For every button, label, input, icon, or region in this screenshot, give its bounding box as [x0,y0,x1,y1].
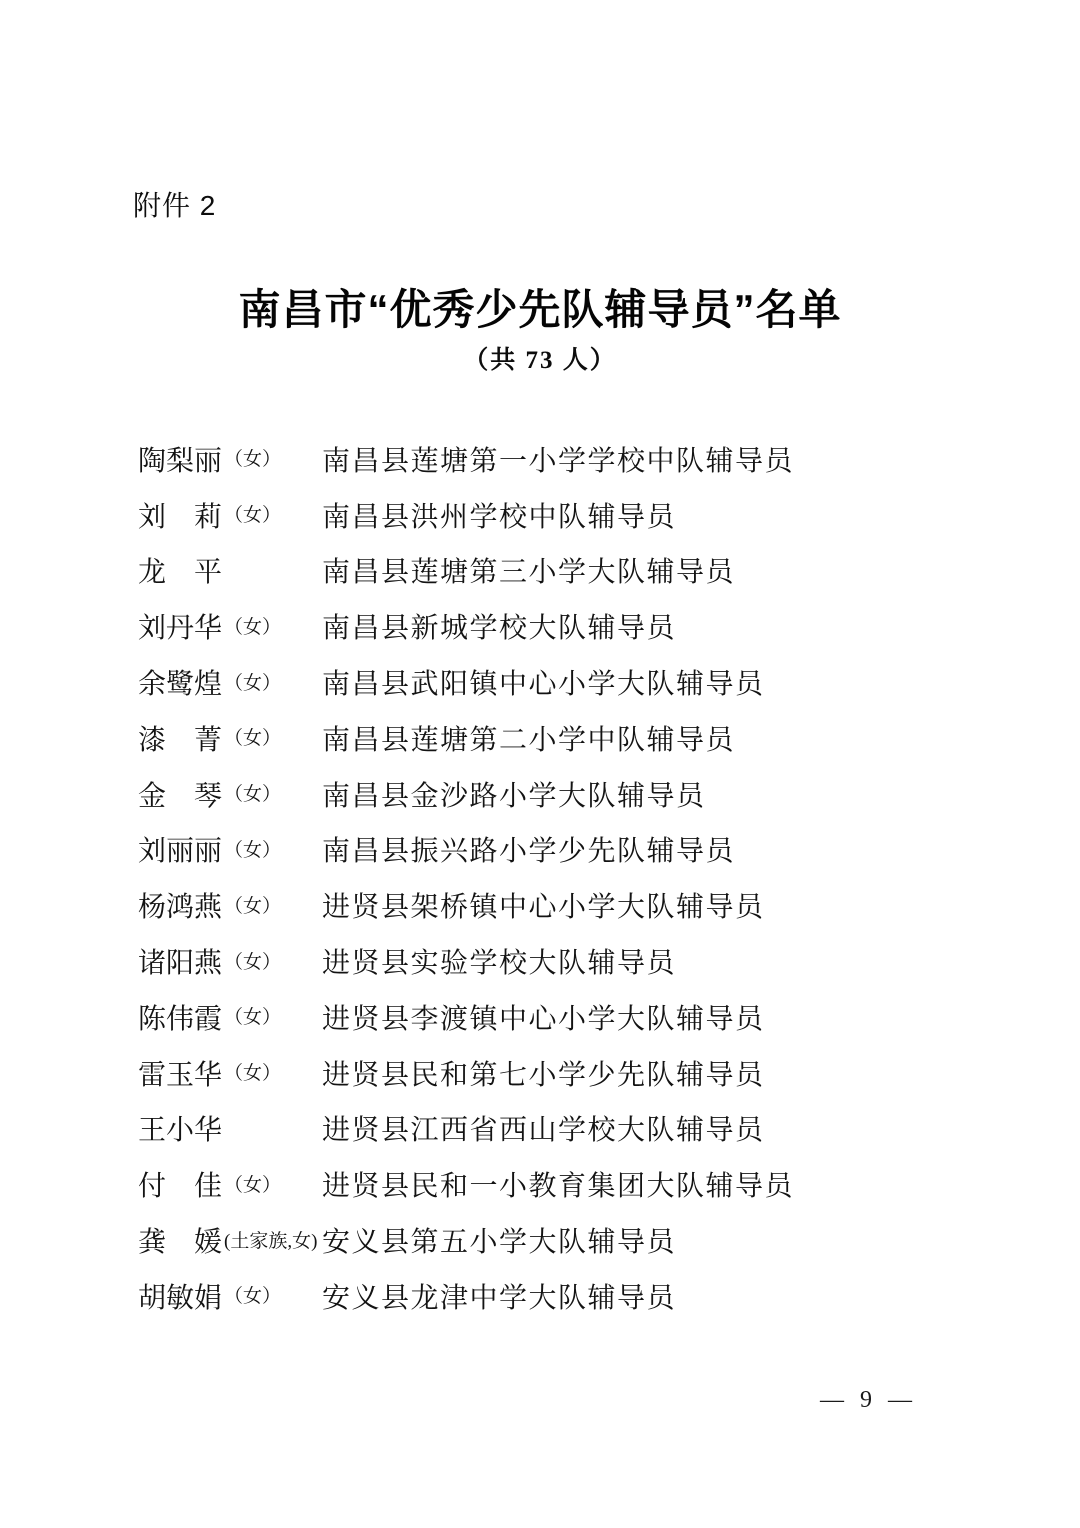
counselor-position: 进贤县江西省西山学校大队辅导员 [322,1108,765,1148]
counselor-name-cell: 陶梨丽 （女） [138,439,322,479]
counselor-name-cell: 诸阳燕 （女） [138,941,322,981]
counselor-annotation: （女） [224,500,281,527]
counselor-name: 王小华 [138,1108,222,1148]
counselor-position: 南昌县金沙路小学大队辅导员 [322,774,706,814]
counselor-position: 南昌县新城学校大队辅导员 [322,606,676,646]
list-item: 付 佳 （女） 进贤县民和一小教育集团大队辅导员 [138,1156,1040,1212]
counselor-annotation: (土家族,女) [224,1226,317,1253]
list-item: 陶梨丽 （女） 南昌县莲塘第一小学学校中队辅导员 [138,431,1040,487]
counselor-name-cell: 漆 菁 （女） [138,718,322,758]
counselor-annotation: （女） [224,1281,281,1308]
document-body: { "page": { "attachment_label": "附件 2", … [0,0,1080,1528]
page-number: — 9 — [820,1387,917,1414]
counselor-name-cell: 雷玉华 （女） [138,1053,322,1093]
counselor-name: 陶梨丽 [138,439,222,479]
counselor-annotation: （女） [224,612,281,639]
counselor-annotation: （女） [224,1058,281,1085]
counselor-name: 龙 平 [138,550,222,590]
list-item: 王小华 进贤县江西省西山学校大队辅导员 [138,1101,1040,1157]
counselor-name-cell: 金 琴 （女） [138,774,322,814]
list-item: 金 琴 （女） 南昌县金沙路小学大队辅导员 [138,766,1040,822]
counselor-name-cell: 杨鸿燕 （女） [138,885,322,925]
counselor-position: 进贤县民和一小教育集团大队辅导员 [322,1164,794,1204]
document-page: 附件 2 南昌市“优秀少先队辅导员”名单 （共 73 人） 陶梨丽 （女） 南昌… [0,0,1080,1528]
list-item: 杨鸿燕 （女） 进贤县架桥镇中心小学大队辅导员 [138,877,1040,933]
list-item: 龙 平 南昌县莲塘第三小学大队辅导员 [138,543,1040,599]
counselor-position: 进贤县李渡镇中心小学大队辅导员 [322,997,765,1037]
counselor-name-cell: 刘丹华 （女） [138,606,322,646]
counselor-name-cell: 付 佳 （女） [138,1164,322,1204]
list-item: 胡敏娟 （女） 安义县龙津中学大队辅导员 [138,1268,1040,1324]
counselor-position: 南昌县莲塘第一小学学校中队辅导员 [322,439,794,479]
counselor-annotation: （女） [224,668,281,695]
counselor-name-cell: 刘 莉 （女） [138,495,322,535]
counselor-name-cell: 余鹭煌 （女） [138,662,322,702]
counselor-name-cell: 胡敏娟 （女） [138,1276,322,1316]
page-title: 南昌市“优秀少先队辅导员”名单 [0,277,1080,337]
counselor-position: 进贤县民和第七小学少先队辅导员 [322,1053,765,1093]
list-item: 漆 菁 （女） 南昌县莲塘第二小学中队辅导员 [138,710,1040,766]
counselor-list: 陶梨丽 （女） 南昌县莲塘第一小学学校中队辅导员 刘 莉 （女） 南昌县洪州学校… [138,431,1040,1324]
counselor-annotation: （女） [224,947,281,974]
list-item: 刘 莉 （女） 南昌县洪州学校中队辅导员 [138,487,1040,543]
attachment-label: 附件 2 [133,184,216,224]
counselor-position: 南昌县洪州学校中队辅导员 [322,495,676,535]
counselor-name-cell: 龚 媛 (土家族,女) [138,1220,322,1260]
page-subtitle: （共 73 人） [0,340,1080,376]
counselor-name-cell: 陈伟霞 （女） [138,997,322,1037]
counselor-position: 南昌县莲塘第三小学大队辅导员 [322,550,735,590]
counselor-position: 进贤县实验学校大队辅导员 [322,941,676,981]
list-item: 雷玉华 （女） 进贤县民和第七小学少先队辅导员 [138,1045,1040,1101]
counselor-annotation: （女） [224,1170,281,1197]
counselor-name-cell: 王小华 [138,1108,322,1148]
counselor-annotation: （女） [224,723,281,750]
counselor-annotation: （女） [224,444,281,471]
counselor-name: 胡敏娟 [138,1276,222,1316]
counselor-position: 南昌县莲塘第二小学中队辅导员 [322,718,735,758]
counselor-name: 余鹭煌 [138,662,222,702]
counselor-annotation: （女） [224,1002,281,1029]
counselor-name: 杨鸿燕 [138,885,222,925]
counselor-position: 南昌县武阳镇中心小学大队辅导员 [322,662,765,702]
counselor-name: 刘 莉 [138,495,222,535]
counselor-name-cell: 刘丽丽 （女） [138,829,322,869]
counselor-annotation: （女） [224,835,281,862]
counselor-name: 付 佳 [138,1164,222,1204]
counselor-name: 陈伟霞 [138,997,222,1037]
counselor-name: 诸阳燕 [138,941,222,981]
list-item: 诸阳燕 （女） 进贤县实验学校大队辅导员 [138,933,1040,989]
counselor-name: 龚 媛 [138,1220,222,1260]
counselor-position: 安义县龙津中学大队辅导员 [322,1276,676,1316]
counselor-name: 刘丽丽 [138,829,222,869]
counselor-position: 南昌县振兴路小学少先队辅导员 [322,829,735,869]
list-item: 龚 媛 (土家族,女) 安义县第五小学大队辅导员 [138,1212,1040,1268]
list-item: 余鹭煌 （女） 南昌县武阳镇中心小学大队辅导员 [138,654,1040,710]
counselor-position: 安义县第五小学大队辅导员 [322,1220,676,1260]
counselor-name: 漆 菁 [138,718,222,758]
list-item: 刘丹华 （女） 南昌县新城学校大队辅导员 [138,598,1040,654]
counselor-name: 金 琴 [138,774,222,814]
list-item: 陈伟霞 （女） 进贤县李渡镇中心小学大队辅导员 [138,989,1040,1045]
counselor-annotation: （女） [224,891,281,918]
counselor-name: 刘丹华 [138,606,222,646]
counselor-annotation: （女） [224,779,281,806]
counselor-name: 雷玉华 [138,1053,222,1093]
list-item: 刘丽丽 （女） 南昌县振兴路小学少先队辅导员 [138,822,1040,878]
counselor-name-cell: 龙 平 [138,550,322,590]
counselor-position: 进贤县架桥镇中心小学大队辅导员 [322,885,765,925]
